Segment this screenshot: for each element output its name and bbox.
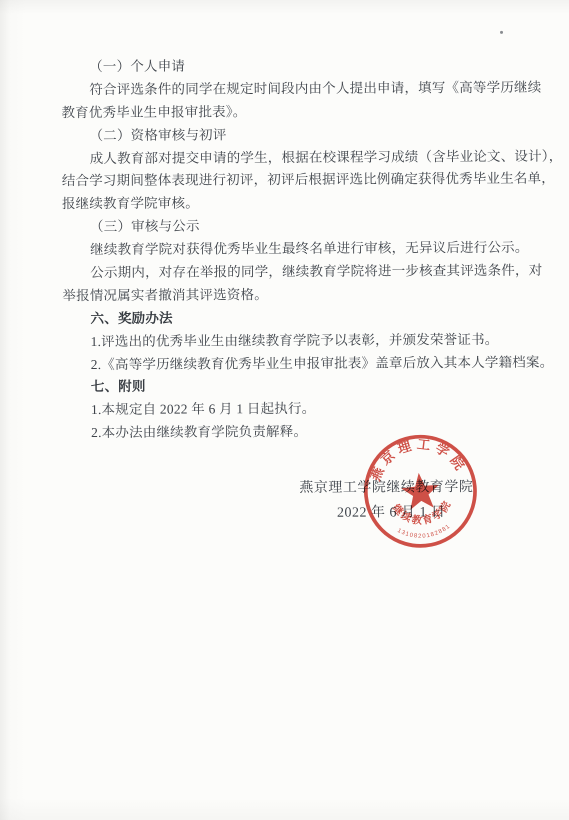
scanned-document-page: （一）个人申请 符合评选条件的同学在规定时间段内由个人提出申请，填写《高等学历继… [0, 0, 569, 820]
document-body: （一）个人申请 符合评选条件的同学在规定时间段内由个人提出申请，填写《高等学历继… [61, 54, 533, 446]
heading-supplementary: 七、附则 [63, 374, 533, 399]
paragraph-line: 成人教育部对提交申请的学生，根据在校课程学习成绩（含毕业论文、设计）， [62, 145, 532, 170]
seal-star-icon [400, 471, 441, 510]
official-seal-stamp: 燕京理工学院 继续教育学院 1310820182881 [356, 427, 484, 555]
paragraph-line: 符合评选条件的同学在规定时间段内由个人提出申请，填写《高等学历继续 [61, 77, 531, 102]
paragraph-line: 教育优秀毕业生申报审批表》。 [61, 99, 531, 124]
seal-inner-text: 继续教育学院 [389, 497, 456, 531]
seal-ring-text: 燕京理工学院 [363, 432, 471, 485]
paragraph-line: 2.《高等学历继续教育优秀毕业生申报审批表》盖章后放入其本人学籍档案。 [63, 351, 533, 376]
scan-speck [500, 31, 503, 34]
heading-review-publicity: （三）审核与公示 [62, 214, 532, 239]
paragraph-line: 1.本规定自 2022 年 6 月 1 日起执行。 [63, 397, 533, 422]
paragraph-line: 举报情况属实者撤消其评选资格。 [62, 283, 532, 308]
paragraph-line: 报继续教育学院审核。 [62, 191, 532, 216]
paragraph-line: 结合学习期间整体表现进行初评，初评后根据评选比例确定获得优秀毕业生名单， [62, 168, 532, 193]
page-content: （一）个人申请 符合评选条件的同学在规定时间段内由个人提出申请，填写《高等学历继… [0, 0, 569, 820]
heading-reward-measures: 六、奖励办法 [62, 305, 532, 330]
heading-qualification-review: （二）资格审核与初评 [62, 122, 532, 147]
paragraph-line: 公示期内，对存在举报的同学，继续教育学院将进一步核查其评选条件，对 [62, 260, 532, 285]
heading-personal-application: （一）个人申请 [61, 54, 531, 79]
paragraph-line: 1.评选出的优秀毕业生由继续教育学院予以表彰，并颁发荣誉证书。 [63, 328, 533, 353]
paragraph-line: 继续教育学院对获得优秀毕业生最终名单进行审核，无异议后进行公示。 [62, 237, 532, 262]
